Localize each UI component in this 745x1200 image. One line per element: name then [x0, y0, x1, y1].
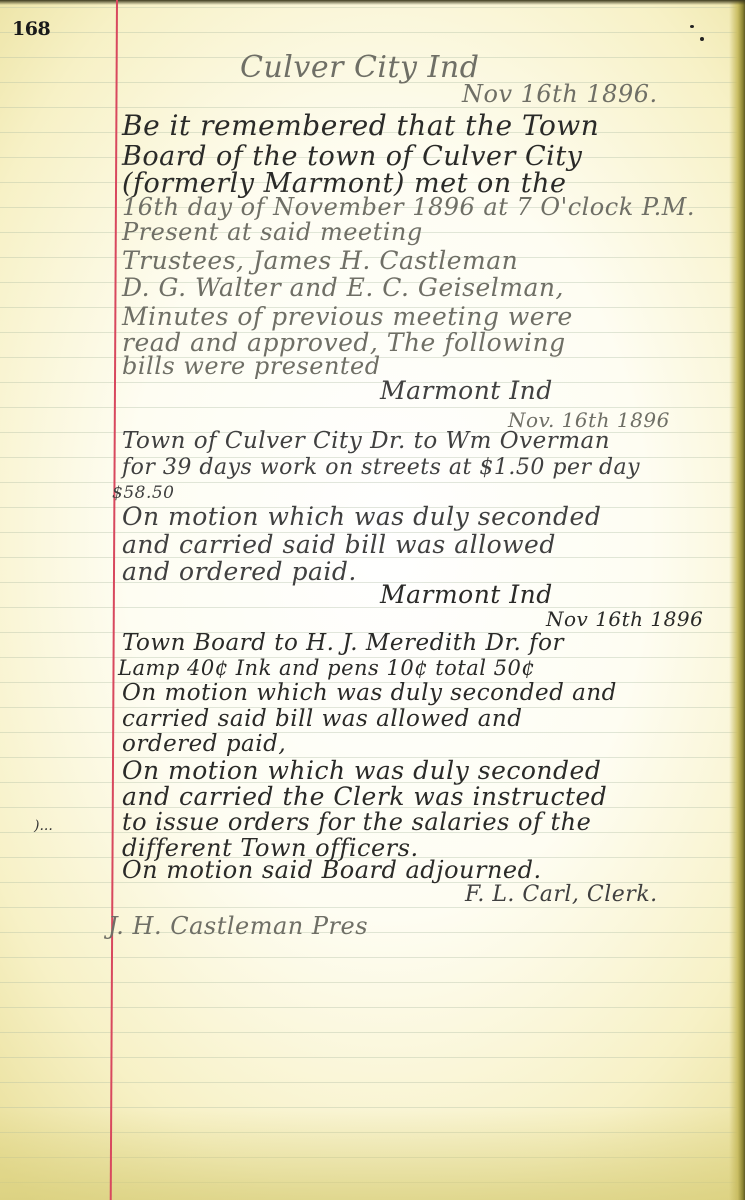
page-number: 168 — [12, 18, 50, 40]
clerk-signature: F. L. Carl, Clerk. — [465, 882, 658, 907]
minutes-line: Present at said meeting — [122, 218, 423, 246]
bill2-line: On motion which was duly seconded and — [122, 680, 617, 706]
bill1-line: and ordered paid. — [122, 557, 357, 586]
page-edge-shadow — [729, 0, 745, 1200]
minutes-line: bills were presented — [122, 352, 381, 380]
paper-stain — [0, 1110, 745, 1200]
header-place: Culver City Ind — [240, 50, 479, 85]
bill1-amount: $58.50 — [112, 483, 174, 503]
ink-speck — [690, 25, 694, 28]
minutes-line: Trustees, James H. Castleman — [122, 246, 518, 275]
bill2-date: Nov 16th 1896 — [546, 607, 703, 631]
bill1-line: On motion which was duly seconded — [122, 502, 601, 531]
bill2-line: carried said bill was allowed and — [122, 706, 522, 732]
closing-line: On motion which was duly seconded — [122, 756, 601, 785]
bill2-line: Town Board to H. J. Meredith Dr. for — [122, 630, 564, 656]
bill2-line: ordered paid, — [122, 731, 286, 757]
bill1-line: for 39 days work on streets at $1.50 per… — [122, 455, 640, 480]
president-signature: J. H. Castleman Pres — [108, 912, 368, 940]
minutes-line: 16th day of November 1896 at 7 O'clock P… — [122, 193, 695, 221]
bill2-line: Lamp 40¢ Ink and pens 10¢ total 50¢ — [118, 656, 535, 680]
ledger-page: 168 Culver City Ind Nov 16th 1896. Be it… — [0, 0, 745, 1200]
bill1-line: and carried said bill was allowed — [122, 530, 556, 559]
bill2-place: Marmont Ind — [380, 580, 553, 609]
closing-line: and carried the Clerk was instructed — [122, 782, 607, 811]
closing-line: to issue orders for the salaries of the — [122, 808, 591, 836]
header-date: Nov 16th 1896. — [462, 80, 658, 108]
minutes-line: Minutes of previous meeting were — [122, 302, 573, 331]
minutes-line: Be it remembered that the Town — [122, 109, 599, 142]
bill1-place: Marmont Ind — [380, 376, 553, 405]
ink-speck — [700, 37, 704, 41]
bill1-line: Town of Culver City Dr. to Wm Overman — [122, 428, 610, 454]
page-top-shadow — [0, 0, 745, 5]
closing-line: On motion said Board adjourned. — [122, 856, 542, 884]
margin-annotation: )... — [34, 818, 53, 834]
minutes-line: D. G. Walter and E. C. Geiselman, — [122, 273, 564, 302]
